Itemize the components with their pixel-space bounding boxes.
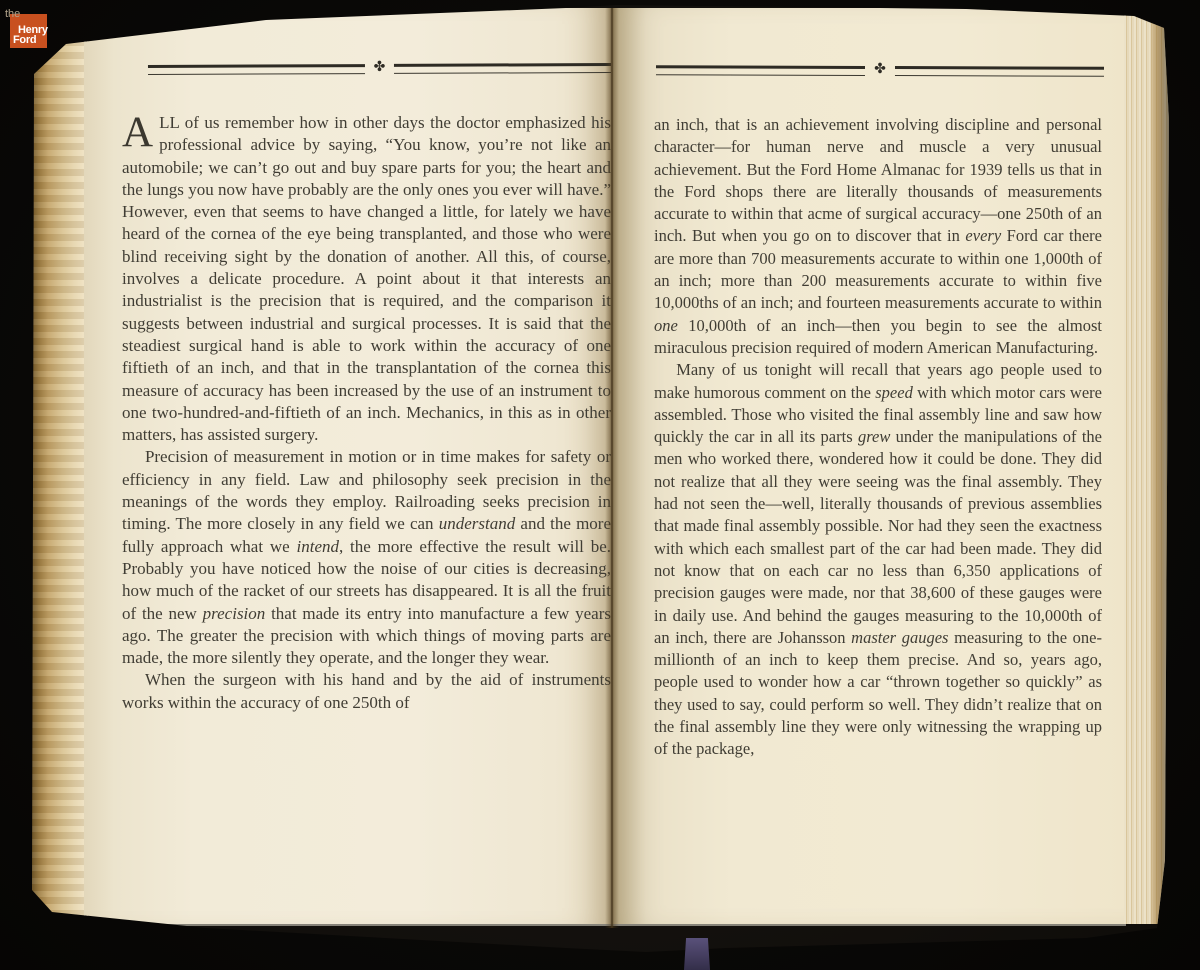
left-page-text: ALL of us remember how in other days the… bbox=[122, 112, 611, 714]
photo-background: ✤ ✤ ALL of us remember how in other days… bbox=[0, 0, 1200, 970]
logo-the-text: the bbox=[5, 9, 20, 20]
rule-line bbox=[656, 65, 865, 76]
body-text: LL of us remember how in other days the … bbox=[122, 113, 611, 444]
rule-line bbox=[148, 64, 365, 75]
italic-text: intend bbox=[297, 537, 340, 556]
italic-text: every bbox=[965, 226, 1001, 245]
paragraph: Many of us tonight will recall that year… bbox=[654, 359, 1102, 760]
body-text: under the manipulations of the men who w… bbox=[654, 427, 1102, 647]
paragraph: When the surgeon with his hand and by th… bbox=[122, 669, 611, 714]
right-page-stack-edge bbox=[1124, 14, 1170, 924]
open-book: ✤ ✤ ALL of us remember how in other days… bbox=[26, 0, 1176, 958]
left-ornamental-rule: ✤ bbox=[148, 63, 611, 75]
rule-line bbox=[895, 66, 1104, 77]
left-page-fore-edge bbox=[32, 26, 88, 930]
paragraph: Precision of measurement in motion or in… bbox=[122, 446, 611, 669]
paragraph: ALL of us remember how in other days the… bbox=[122, 112, 611, 446]
book-gutter bbox=[605, 8, 619, 928]
body-text: When the surgeon with his hand and by th… bbox=[122, 670, 611, 711]
italic-text: speed bbox=[875, 383, 913, 402]
right-page-text: an inch, that is an achievement involvin… bbox=[654, 114, 1102, 761]
rule-line bbox=[394, 63, 611, 74]
italic-text: grew bbox=[858, 427, 890, 446]
italic-text: understand bbox=[439, 514, 516, 533]
drop-cap: A bbox=[122, 112, 159, 149]
logo-ford-text: Ford bbox=[13, 35, 45, 45]
fleur-ornament-icon: ✤ bbox=[374, 63, 386, 73]
paragraph: an inch, that is an achievement involvin… bbox=[654, 114, 1102, 359]
body-text: 10,000th of an inch—then you begin to se… bbox=[654, 316, 1102, 357]
italic-text: precision bbox=[203, 604, 266, 623]
right-ornamental-rule: ✤ bbox=[656, 65, 1104, 77]
italic-text: one bbox=[654, 316, 678, 335]
body-text: measuring to the one-millionth of an inc… bbox=[654, 628, 1102, 758]
henry-ford-logo: Henry Ford the bbox=[5, 9, 53, 51]
italic-text: master gauges bbox=[851, 628, 948, 647]
bookmark-ribbon bbox=[684, 938, 710, 970]
fleur-ornament-icon: ✤ bbox=[874, 65, 886, 75]
